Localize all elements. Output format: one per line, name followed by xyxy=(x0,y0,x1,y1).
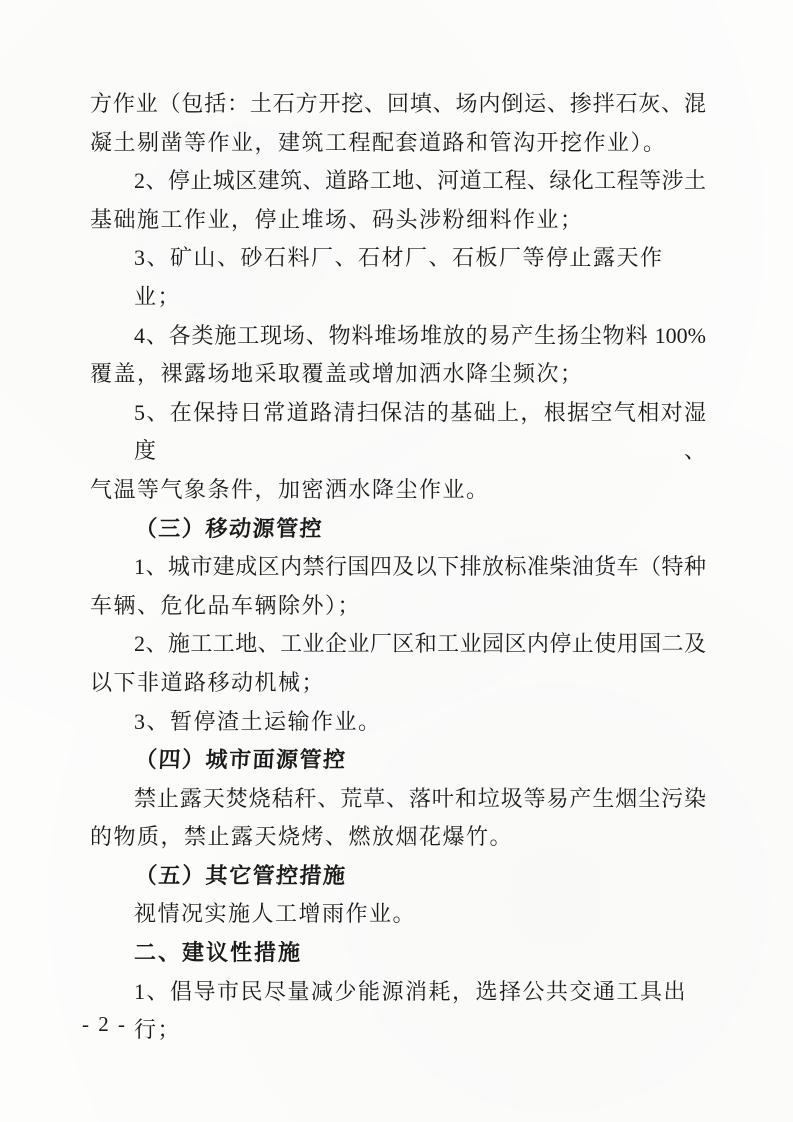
doc-line: 方作业（包括：土石方开挖、回填、场内倒运、掺拌石灰、混 xyxy=(90,85,706,124)
doc-line: 覆盖，裸露场地采取覆盖或增加洒水降尘频次； xyxy=(90,355,706,394)
section-heading-mobile-sources: （三）移动源管控 xyxy=(90,510,708,549)
doc-line: 1、倡导市民尽量减少能源消耗，选择公共交通工具出行； xyxy=(90,973,706,1050)
doc-line: 的物质，禁止露天烧烤、燃放烟花爆竹。 xyxy=(90,818,706,857)
document-body: 方作业（包括：土石方开挖、回填、场内倒运、掺拌石灰、混 凝土剔凿等作业，建筑工程… xyxy=(90,85,706,1050)
doc-line: 3、暂停渣土运输作业。 xyxy=(90,703,706,742)
doc-line: 2、停止城区建筑、道路工地、河道工程、绿化工程等涉土 xyxy=(90,162,706,201)
page-number: - 2 - xyxy=(82,1012,127,1037)
section-heading-other-measures: （五）其它管控措施 xyxy=(90,857,708,896)
doc-line: 车辆、危化品车辆除外）； xyxy=(90,587,706,626)
doc-line: 基础施工作业，停止堆场、码头涉粉细料作业； xyxy=(90,201,706,240)
doc-line: 以下非道路移动机械； xyxy=(90,664,706,703)
doc-line: 4、各类施工现场、物料堆场堆放的易产生扬尘物料 100% xyxy=(90,317,706,356)
doc-line: 1、城市建成区内禁行国四及以下排放标准柴油货车（特种 xyxy=(90,548,706,587)
doc-line: 凝土剔凿等作业，建筑工程配套道路和管沟开挖作业）。 xyxy=(90,124,706,163)
chapter-heading-recommended-measures: 二、建议性措施 xyxy=(90,934,706,973)
doc-line: 气温等气象条件，加密洒水降尘作业。 xyxy=(90,471,706,510)
doc-line: 3、矿山、砂石料厂、石材厂、石板厂等停止露天作业； xyxy=(90,239,706,316)
doc-line: 2、施工工地、工业企业厂区和工业园区内停止使用国二及 xyxy=(90,625,706,664)
doc-line: 5、在保持日常道路清扫保洁的基础上，根据空气相对湿度、 xyxy=(90,394,706,471)
document-page: 方作业（包括：土石方开挖、回填、场内倒运、掺拌石灰、混 凝土剔凿等作业，建筑工程… xyxy=(0,0,793,1122)
doc-line: 禁止露天焚烧秸秆、荒草、落叶和垃圾等易产生烟尘污染 xyxy=(90,780,706,819)
section-heading-urban-area-sources: （四）城市面源管控 xyxy=(90,741,708,780)
doc-line: 视情况实施人工增雨作业。 xyxy=(90,895,706,934)
